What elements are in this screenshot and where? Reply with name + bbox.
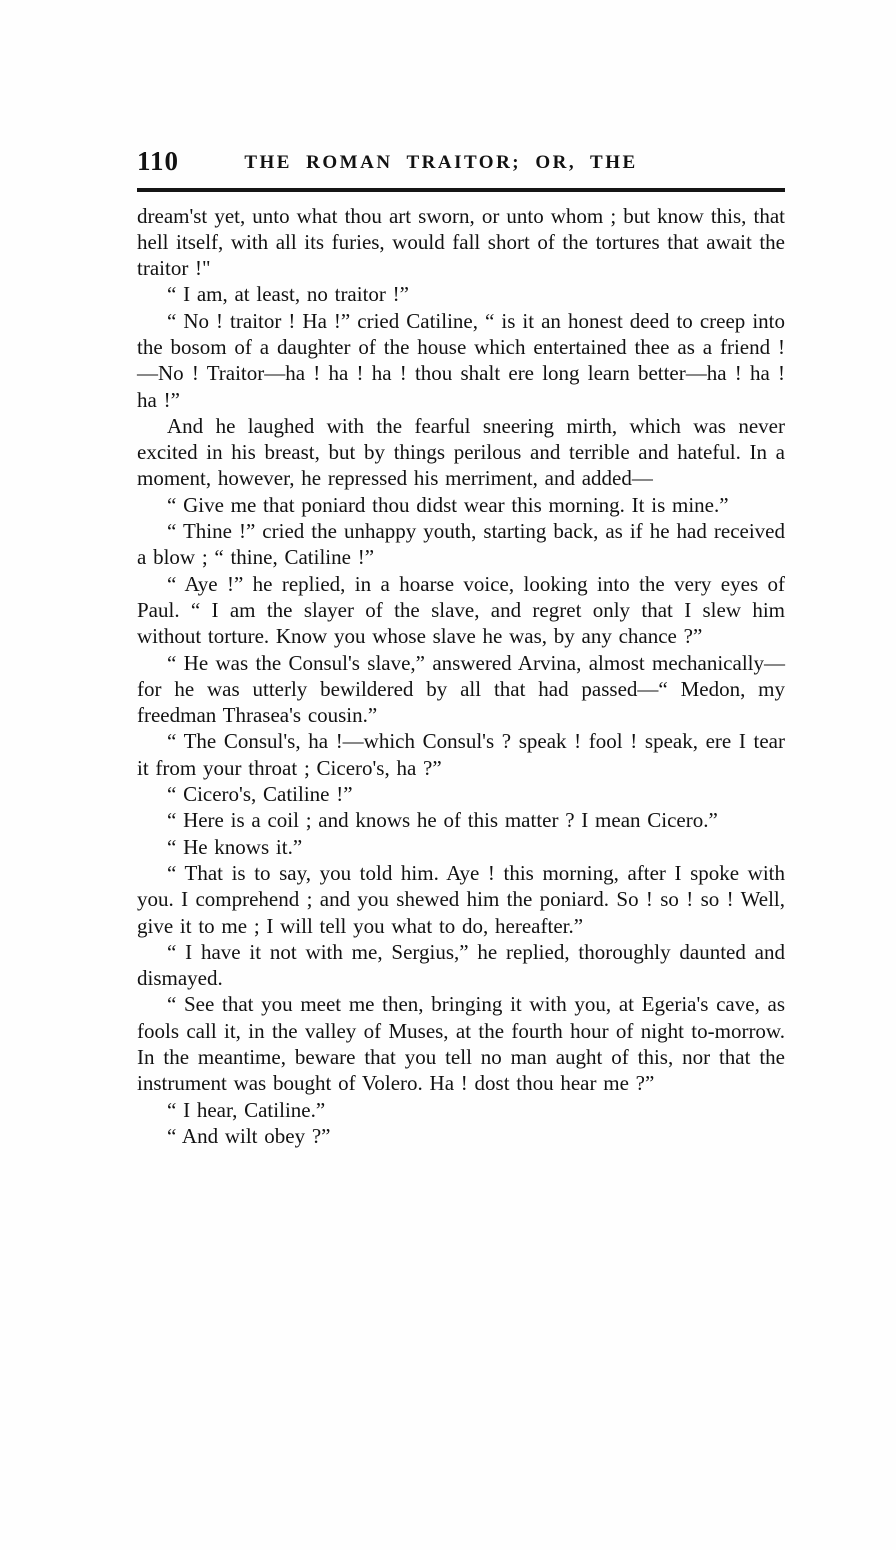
paragraph: “ He knows it.” — [137, 834, 785, 860]
paragraph: “ I have it not with me, Sergius,” he re… — [137, 939, 785, 992]
paragraph: “ No ! traitor ! Ha !” cried Catiline, “… — [137, 308, 785, 413]
paragraph: “ Aye !” he replied, in a hoarse voice, … — [137, 571, 785, 650]
book-page-scan: 110 THE ROMAN TRAITOR; OR, THE dream'st … — [0, 0, 896, 1550]
text-block: 110 THE ROMAN TRAITOR; OR, THE dream'st … — [137, 146, 785, 1149]
running-head: 110 THE ROMAN TRAITOR; OR, THE — [137, 146, 785, 184]
header-rule — [137, 188, 785, 192]
paragraph: And he laughed with the fearful sneering… — [137, 413, 785, 492]
paragraph: “ He was the Consul's slave,” answered A… — [137, 650, 785, 729]
paragraph: “ Here is a coil ; and knows he of this … — [137, 807, 785, 833]
paragraph: “ Thine !” cried the unhappy youth, star… — [137, 518, 785, 571]
paragraph: “ The Consul's, ha !—which Consul's ? sp… — [137, 728, 785, 781]
body-text: dream'st yet, unto what thou art sworn, … — [137, 203, 785, 1150]
paragraph: dream'st yet, unto what thou art sworn, … — [137, 203, 785, 282]
paragraph: “ I am, at least, no traitor !” — [137, 281, 785, 307]
paragraph: “ See that you meet me then, bringing it… — [137, 991, 785, 1096]
paragraph: “ Cicero's, Catiline !” — [137, 781, 785, 807]
paragraph: “ That is to say, you told him. Aye ! th… — [137, 860, 785, 939]
running-title: THE ROMAN TRAITOR; OR, THE — [137, 152, 745, 174]
paragraph: “ Give me that poniard thou didst wear t… — [137, 492, 785, 518]
paragraph: “ And wilt obey ?” — [137, 1123, 785, 1149]
paragraph: “ I hear, Catiline.” — [137, 1097, 785, 1123]
